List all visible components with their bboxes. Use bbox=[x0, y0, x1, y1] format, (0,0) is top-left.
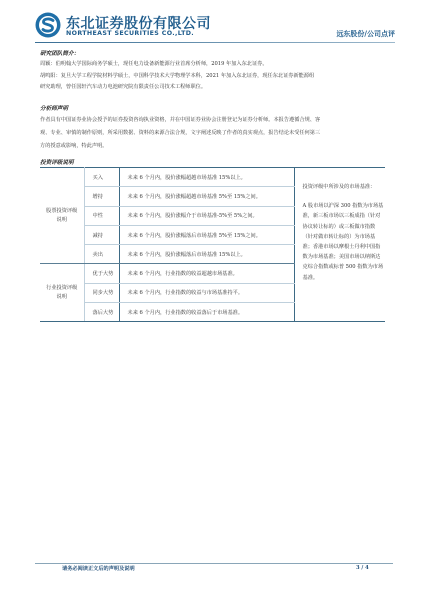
footer-divider bbox=[35, 563, 393, 564]
stock-rating-group-label: 股票投资评级说明 bbox=[40, 168, 84, 264]
team-line: 胡鸣阳：复旦大学工程学院材料学硕士，中国科学技术大学物理学本科，2021 年加入… bbox=[40, 71, 385, 83]
document-type: 远东股份/公司点评 bbox=[336, 29, 395, 39]
rating-description: 未来 6 个月内，股价涨幅介于市场基准-5%至 5%之间。 bbox=[119, 206, 294, 225]
analyst-disclaimer: 作者具有中国证券业协会授予的证券投资咨询执业资格，并在中国证券业协会注册登记为证… bbox=[40, 114, 385, 153]
rating-label: 减持 bbox=[84, 225, 119, 244]
team-line: 周颖：伯明翰大学国际商务学硕士，现任电力设备新能源行业首席分析师，2019 年加… bbox=[40, 59, 385, 71]
disclaimer-line: 观、专业、审慎的制作原则，所采用数据、资料的来源合法合规，文字阐述反映了作者的真… bbox=[40, 127, 385, 140]
page-number: 3 / 4 bbox=[356, 565, 369, 571]
northeast-securities-logo-icon bbox=[35, 12, 61, 38]
rating-description: 未来 6 个月内，行业指数的收益与市场基准持平。 bbox=[119, 283, 294, 302]
rating-description: 未来 6 个月内，股价涨幅超越市场基准 15%以上。 bbox=[119, 168, 294, 187]
footer-notice: 请务必阅读正文后的声明及说明 bbox=[62, 565, 135, 572]
rating-description: 未来 6 个月内，行业指数的收益落后于市场基准。 bbox=[119, 303, 294, 322]
page-header: 东北证券股份有限公司 NORTHEAST SECURITIES CO.,LTD.… bbox=[35, 12, 395, 42]
team-section-title: 研究团队简介： bbox=[40, 49, 79, 57]
rating-section-title: 投资评级说明 bbox=[40, 158, 74, 166]
disclaimer-line: 作者具有中国证券业协会授予的证券投资咨询执业资格，并在中国证券业协会注册登记为证… bbox=[40, 114, 385, 127]
benchmark-note-title: 投资评级中所涉及的市场基准： bbox=[303, 182, 386, 192]
industry-rating-group-label: 行业投资评级说明 bbox=[40, 264, 84, 322]
rating-description: 未来 6 个月内，股价涨幅落后市场基准 15%以上。 bbox=[119, 245, 294, 264]
rating-table: 股票投资评级说明 买入 未来 6 个月内，股价涨幅超越市场基准 15%以上。 投… bbox=[40, 167, 385, 322]
market-benchmark-note: 投资评级中所涉及的市场基准： A 股市场以沪深 300 指数为市场基准，新三板市… bbox=[294, 168, 385, 322]
rating-label: 中性 bbox=[84, 206, 119, 225]
team-intro: 周颖：伯明翰大学国际商务学硕士，现任电力设备新能源行业首席分析师，2019 年加… bbox=[40, 59, 385, 94]
disclaimer-line: 方的授意或影响，特此声明。 bbox=[40, 140, 385, 153]
disclaimer-section-title: 分析师声明 bbox=[40, 104, 68, 112]
rating-label: 同步大势 bbox=[84, 283, 119, 302]
table-row: 股票投资评级说明 买入 未来 6 个月内，股价涨幅超越市场基准 15%以上。 投… bbox=[40, 168, 385, 187]
rating-label: 落后大势 bbox=[84, 303, 119, 322]
team-line: 研究助理，曾任国轩汽车动力电池研究院有限责任公司技术工程师职位。 bbox=[40, 82, 385, 94]
rating-label: 买入 bbox=[84, 168, 119, 187]
rating-description: 未来 6 个月内，股价涨幅超越市场基准 5%至 15%之间。 bbox=[119, 187, 294, 206]
rating-label: 优于大势 bbox=[84, 264, 119, 283]
header-divider bbox=[35, 42, 395, 43]
rating-description: 未来 6 个月内，股价涨幅落后市场基准 5%至 15%之间。 bbox=[119, 225, 294, 244]
rating-label: 增持 bbox=[84, 187, 119, 206]
brand-name-en: NORTHEAST SECURITIES CO.,LTD. bbox=[66, 30, 194, 37]
rating-description: 未来 6 个月内，行业指数的收益超越市场基准。 bbox=[119, 264, 294, 283]
rating-label: 卖出 bbox=[84, 245, 119, 264]
benchmark-note-body: A 股市场以沪深 300 指数为市场基准，新三板市场以三板成指（针对协议转让标的… bbox=[303, 201, 386, 283]
